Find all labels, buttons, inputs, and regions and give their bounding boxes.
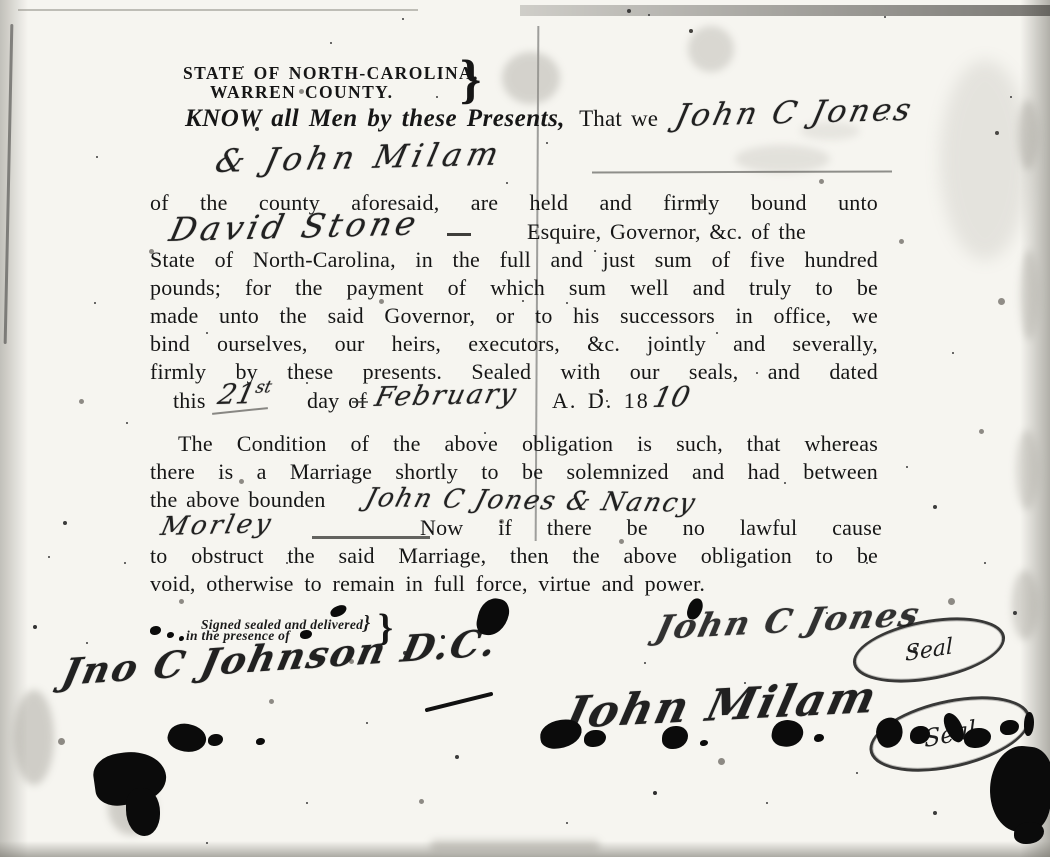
handwritten-bondsman2: & John Milam <box>212 135 507 180</box>
paper-edge-top-left <box>18 9 418 11</box>
stain <box>735 145 830 173</box>
bond-line5: made unto the said Governor, or to his s… <box>150 303 878 329</box>
stain <box>502 52 560 104</box>
stray-pen-stroke <box>425 692 494 713</box>
condition-line2: there is a Marriage shortly to be solemn… <box>150 459 878 485</box>
opening-line: KNOW all Men by these Presents,That we <box>185 106 658 132</box>
condition-line5: to obstruct the said Marriage, then the … <box>150 543 878 569</box>
ink-blot <box>584 730 606 747</box>
stain <box>1018 100 1038 170</box>
bond-line2: Esquire, Governor, &c. of the <box>527 219 806 245</box>
day-ordinal-suffix: st <box>254 377 274 397</box>
handwritten-year: 10 <box>650 380 693 414</box>
ink-blot <box>474 595 511 638</box>
ink-blot <box>167 632 174 638</box>
ink-blot <box>662 726 688 749</box>
scan-specks <box>0 0 3 3</box>
know-all-men-phrase: KNOW all Men by these Presents, <box>185 105 565 132</box>
ink-blot-large <box>986 743 1050 835</box>
bond-line4: pounds; for the payment of which sum wel… <box>150 275 878 301</box>
ink-blot <box>814 734 824 742</box>
ink-blot <box>700 740 708 746</box>
blank-line-rule <box>592 170 892 173</box>
ink-blot <box>165 719 210 757</box>
paper-edge-top-right <box>520 5 1050 16</box>
condition-line4-printed: Now if there be no lawful cause <box>420 515 882 541</box>
heading-brace: } <box>460 48 481 110</box>
ink-blot <box>256 738 265 745</box>
handwritten-bride-surname: Morley <box>158 509 276 542</box>
seal-text: Seal <box>905 634 953 667</box>
bond-line6: bind ourselves, our heirs, executors, &c… <box>150 331 878 357</box>
stain <box>940 60 1030 260</box>
condition-line6: void, otherwise to remain in full force,… <box>150 571 705 597</box>
stain <box>1012 570 1038 640</box>
day-number: 21 <box>215 377 258 411</box>
ink-blot <box>538 717 583 751</box>
handwritten-day: 21st <box>215 377 274 411</box>
ink-blot <box>150 626 161 635</box>
handwritten-couple-names: John C Jones & Nancy <box>362 483 700 519</box>
stain <box>688 26 734 72</box>
ink-blot <box>208 734 223 746</box>
handwritten-month: February <box>372 378 521 413</box>
ink-blot <box>179 636 184 641</box>
handwritten-governor-name: David Stone <box>166 204 424 249</box>
pen-dash-rule <box>352 401 368 403</box>
ink-blot-large <box>126 788 160 836</box>
marriage-bond-scan: STATE OF NORTH-CAROLINA, WARREN COUNTY. … <box>0 0 1050 857</box>
filled-blank-rule <box>312 536 430 539</box>
stain <box>1016 430 1038 510</box>
that-we-text: That we <box>579 106 658 131</box>
heading-county: WARREN COUNTY. <box>210 79 393 105</box>
date-this-text: this <box>173 388 206 414</box>
signature-principal2: John Milam <box>560 672 883 739</box>
handwritten-bondsman1: John C Jones <box>672 92 917 134</box>
pen-dash-rule <box>447 233 471 236</box>
bond-line3: State of North-Carolina, in the full and… <box>150 247 878 273</box>
stain <box>1020 250 1038 340</box>
stain <box>430 840 600 852</box>
stain <box>14 690 54 785</box>
date-ad-printed: A. D. 18 <box>552 388 650 414</box>
condition-line1: The Condition of the above obligation is… <box>150 431 878 457</box>
